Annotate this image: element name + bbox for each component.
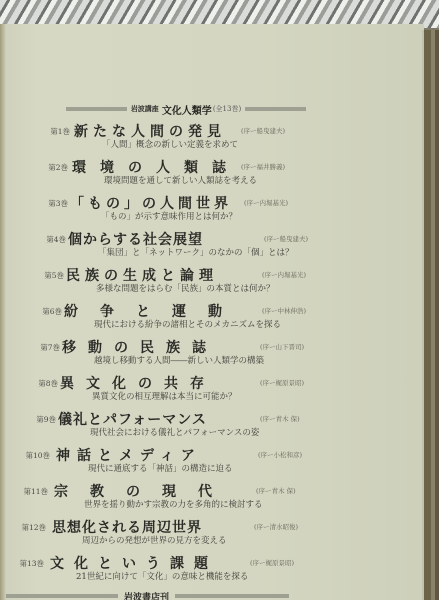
book-cover-edge <box>422 30 439 600</box>
volume-subtitle: 現代における紛争の諸相とそのメカニズムを探る <box>94 318 281 330</box>
volume-subtitle: 越境し移動する人間――新しい人類学の構築 <box>94 354 264 366</box>
volume-entry: 第8巻 異文化の共存 (序ー梶原景昭) 異質文化の相互理解は本当に可能か？ <box>4 373 424 409</box>
header-rule-right <box>245 107 306 111</box>
volume-editor: (序ー山下晋司) <box>260 342 304 351</box>
volume-number: 第6巻 <box>34 306 62 317</box>
volume-editor: (序ー中林伸浩) <box>262 306 306 315</box>
volume-subtitle: 多様な問題をはらむ「民族」の本質とは何か？ <box>96 282 275 294</box>
volume-editor: (序ー梶原景昭) <box>250 558 294 567</box>
volume-subtitle: 「人間」概念の新しい定義を求めて <box>102 138 238 150</box>
volume-subtitle: 異質文化の相互理解は本当に可能か？ <box>92 390 237 402</box>
page-gutter-shadow <box>0 24 6 600</box>
volume-subtitle: 21世紀に向けて「文化」の意味と機能を探る <box>76 570 248 582</box>
volume-editor: (序ー小松和彦) <box>258 450 302 459</box>
volume-editor: (序ー清水昭俊) <box>254 522 298 531</box>
volume-entry: 第13巻 文化という課題 (序ー梶原景昭) 21世紀に向けて「文化」の意味と機能… <box>4 553 424 589</box>
volume-subtitle: 「集団」と「ネットワーク」のなかの「個」とは？ <box>98 246 294 258</box>
volume-number: 第11巻 <box>20 486 48 497</box>
volume-subtitle: 周辺からの発想が世界の見方を変える <box>82 534 227 546</box>
volume-entry: 第7巻 移動の民族誌 (序ー山下晋司) 越境し移動する人間――新しい人類学の構築 <box>4 337 424 373</box>
volume-number: 第12巻 <box>18 522 46 533</box>
volume-editor: (序ー内堀基光) <box>262 270 306 279</box>
volume-number: 第7巻 <box>32 342 60 353</box>
volume-editor: (序ー内堀基光) <box>244 198 288 207</box>
volume-editor: (序ー船曳建夫) <box>241 126 285 135</box>
volume-editor: (序ー青木 保) <box>260 414 300 423</box>
volume-number: 第4巻 <box>38 234 66 245</box>
series-header: 岩波講座 文化人類学 (全13巻) <box>66 102 306 116</box>
volume-entry: 第11巻 宗教の現代 (序ー青木 保) 世界を揺り動かす宗教の力を多角的に検討す… <box>4 481 424 517</box>
volume-entry: 第5巻 民族の生成と論理 (序ー内堀基光) 多様な問題をはらむ「民族」の本質とは… <box>4 265 424 301</box>
volume-number: 第9巻 <box>28 414 56 425</box>
header-rule-left <box>66 107 127 111</box>
volume-editor: (序ー梶原景昭) <box>260 378 304 387</box>
volume-subtitle: 「もの」が示す意味作用とは何か？ <box>101 210 237 222</box>
volume-entry: 第10巻 神話とメディア (序ー小松和彦) 現代に通底する「神話」の構造に迫る <box>4 445 424 481</box>
volume-number: 第2巻 <box>40 162 68 173</box>
series-publisher: 岩波講座 <box>131 104 159 114</box>
volume-entry: 第12巻 思想化される周辺世界 (序ー清水昭俊) 周辺からの発想が世界の見方を変… <box>4 517 424 553</box>
volume-subtitle: 現代に通底する「神話」の構造に迫る <box>88 462 233 474</box>
volume-editor: (序ー船曳建夫) <box>264 234 308 243</box>
volume-count: (全13巻) <box>213 104 241 114</box>
publisher-name: 岩波書店刊 <box>124 590 169 600</box>
volume-editor: (序ー福井勝義) <box>241 162 285 171</box>
volume-entry: 第3巻 「もの」の人間世界 (序ー内堀基光) 「もの」が示す意味作用とは何か？ <box>4 193 424 229</box>
volume-subtitle: 現代社会における儀礼とパフォーマンスの姿 <box>90 426 259 438</box>
volume-entry: 第6巻 紛争と運動 (序ー中林伸浩) 現代における紛争の諸相とそのメカニズムを探… <box>4 301 424 337</box>
volume-number: 第13巻 <box>16 558 44 569</box>
volume-entry: 第2巻 環境の人類誌 (序ー福井勝義) 環境問題を通して新しい人類誌を考える <box>4 157 424 193</box>
volume-number: 第1巻 <box>42 126 70 137</box>
volume-subtitle: 世界を揺り動かす宗教の力を多角的に検討する <box>84 498 263 510</box>
footer-rule-left <box>4 594 118 598</box>
volume-editor: (序ー青木 保) <box>256 486 296 495</box>
publisher-footer: 岩波書店刊 <box>4 589 289 600</box>
book-page: 岩波講座 文化人類学 (全13巻) 第1巻 新たな人間の発見 (序ー船曳建夫) … <box>4 24 424 600</box>
volume-number: 第3巻 <box>40 198 68 209</box>
series-title: 文化人類学 <box>162 102 212 117</box>
volume-subtitle: 環境問題を通して新しい人類誌を考える <box>104 174 257 186</box>
volume-entry: 第1巻 新たな人間の発見 (序ー船曳建夫) 「人間」概念の新しい定義を求めて <box>4 121 424 157</box>
volume-number: 第5巻 <box>36 270 64 281</box>
volume-number: 第10巻 <box>22 450 50 461</box>
volume-entry: 第9巻 儀礼とパフォーマンス (序ー青木 保) 現代社会における儀礼とパフォーマ… <box>4 409 424 445</box>
volume-number: 第8巻 <box>30 378 58 389</box>
footer-rule-right <box>175 594 289 598</box>
volume-entry: 第4巻 個からする社会展望 (序ー船曳建夫) 「集団」と「ネットワーク」のなかの… <box>4 229 424 265</box>
